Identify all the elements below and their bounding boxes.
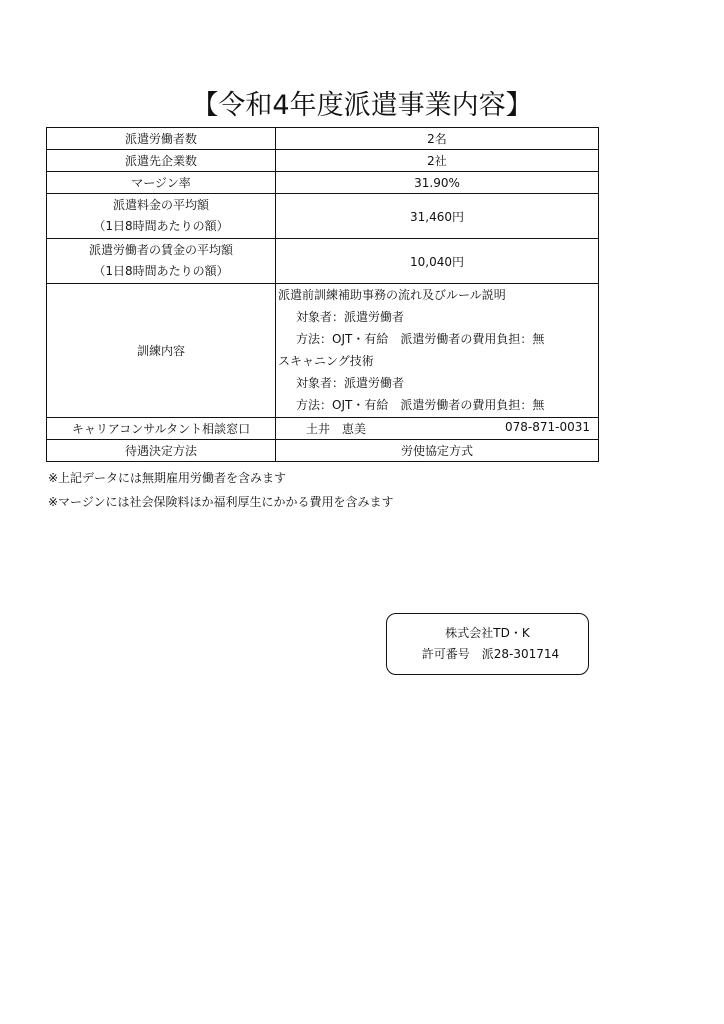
training-method: 方法：OJT・有給 派遣労働者の費用負担：無 <box>278 328 598 350</box>
table-row-dispatched-workers: 派遣労働者数 2名 <box>47 128 599 150</box>
training-target: 対象者：派遣労働者 <box>278 372 598 394</box>
table-row-avg-wage: 派遣労働者の賃金の平均額 （1日8時間あたりの額） 10,040円 <box>47 239 599 284</box>
footnote: ※マージンには社会保険料ほか福利厚生にかかる費用を含みます <box>48 490 394 514</box>
label-line-2: （1日8時間あたりの額） <box>47 216 275 237</box>
label-line-1: 派遣料金の平均額 <box>47 195 275 216</box>
row-label: 派遣労働者の賃金の平均額 （1日8時間あたりの額） <box>47 239 276 284</box>
row-label: 待遇決定方法 <box>47 440 276 462</box>
training-content: 派遣前訓練補助事務の流れ及びルール説明 対象者：派遣労働者 方法：OJT・有給 … <box>276 284 599 418</box>
row-label: キャリアコンサルタント相談窓口 <box>47 418 276 440</box>
license-number: 許可番号 派28-301714 <box>387 643 588 665</box>
row-value: 土井 恵美 078-871-0031 <box>276 418 599 440</box>
row-label: マージン率 <box>47 172 276 194</box>
label-line-1: 派遣労働者の賃金の平均額 <box>47 240 275 261</box>
company-name: 株式会社TD・K <box>387 623 588 643</box>
row-label: 派遣労働者数 <box>47 128 276 150</box>
training-title: 派遣前訓練補助事務の流れ及びルール説明 <box>278 284 598 306</box>
row-value: 2名 <box>276 128 599 150</box>
table-row-avg-dispatch-fee: 派遣料金の平均額 （1日8時間あたりの額） 31,460円 <box>47 194 599 239</box>
row-value: 31.90% <box>276 172 599 194</box>
consultant-phone: 078-871-0031 <box>505 420 590 437</box>
training-title: スキャニング技術 <box>278 350 598 372</box>
row-label: 派遣料金の平均額 （1日8時間あたりの額） <box>47 194 276 239</box>
row-label: 派遣先企業数 <box>47 150 276 172</box>
row-value: 31,460円 <box>276 194 599 239</box>
consultant-name: 土井 恵美 <box>306 420 366 437</box>
training-method: 方法：OJT・有給 派遣労働者の費用負担：無 <box>278 394 598 416</box>
dispatch-business-table: 派遣労働者数 2名 派遣先企業数 2社 マージン率 31.90% 派遣料金の平均… <box>46 127 599 462</box>
table-row-client-companies: 派遣先企業数 2社 <box>47 150 599 172</box>
label-line-2: （1日8時間あたりの額） <box>47 261 275 282</box>
page-title: 【令和4年度派遣事業内容】 <box>0 88 724 124</box>
footnote: ※上記データには無期雇用労働者を含みます <box>48 466 394 490</box>
row-value: 10,040円 <box>276 239 599 284</box>
table-row-training: 訓練内容 派遣前訓練補助事務の流れ及びルール説明 対象者：派遣労働者 方法：OJ… <box>47 284 599 418</box>
footnotes: ※上記データには無期雇用労働者を含みます ※マージンには社会保険料ほか福利厚生に… <box>48 466 394 514</box>
table-row-treatment-method: 待遇決定方法 労使協定方式 <box>47 440 599 462</box>
table-row-career-consult: キャリアコンサルタント相談窓口 土井 恵美 078-871-0031 <box>47 418 599 440</box>
training-target: 対象者：派遣労働者 <box>278 306 598 328</box>
row-label: 訓練内容 <box>47 284 276 418</box>
row-value: 労使協定方式 <box>276 440 599 462</box>
company-stamp-box: 株式会社TD・K 許可番号 派28-301714 <box>386 613 589 675</box>
row-value: 2社 <box>276 150 599 172</box>
table-row-margin-rate: マージン率 31.90% <box>47 172 599 194</box>
